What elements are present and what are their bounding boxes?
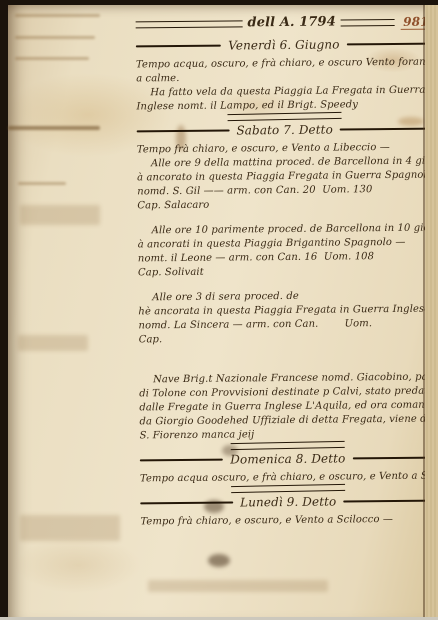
date-heading-label: Lunedì 9. Detto: [233, 494, 343, 509]
bleedthrough-line: [15, 36, 95, 39]
bleedthrough-line: [15, 14, 100, 17]
bleedthrough-text: [20, 515, 120, 541]
manuscript-page: dell A. 1794 981 Venerdì 6. Giugno Tempo…: [8, 5, 438, 620]
log-line: Ha fatto vela da questa Piaggia La Frega…: [136, 84, 432, 101]
book-page-edges: [425, 5, 438, 620]
heading-rule: [137, 129, 230, 132]
log-line: Cap. Solivait: [138, 264, 434, 281]
log-line: Tempo acqua oscuro, e frà chiaro, e oscu…: [140, 470, 436, 487]
date-heading-venerdi: Venerdì 6. Giugno: [136, 35, 432, 56]
header-rule-right: [341, 18, 395, 26]
date-heading-label: Venerdì 6. Giugno: [221, 37, 346, 52]
heading-rule: [140, 501, 233, 504]
heading-rule: [140, 458, 223, 461]
log-line: Tempo frà chiaro, e oscuro, e Vento a Sc…: [140, 513, 436, 530]
heading-rule: [340, 127, 433, 130]
bleedthrough-line: [15, 57, 89, 60]
log-line: S. Fiorenzo manca jeij: [140, 427, 436, 444]
header-rule-left: [136, 20, 243, 28]
photo-background: dell A. 1794 981 Venerdì 6. Giugno Tempo…: [0, 0, 438, 620]
log-line: Cap.: [139, 331, 435, 348]
year-heading: dell A. 1794: [242, 15, 340, 30]
page-header: dell A. 1794 981: [136, 10, 432, 37]
ink-smudge: [208, 554, 230, 567]
bleedthrough-line: [8, 126, 100, 130]
log-line: Cap. Salacaro: [137, 197, 433, 214]
heading-rule: [136, 44, 221, 47]
heading-rule: [347, 42, 432, 45]
log-paragraph: Alle ore 3 di sera proced. de hè ancorat…: [138, 289, 435, 348]
bleedthrough-text: [18, 335, 88, 351]
date-heading-label: Sabato 7. Detto: [229, 122, 340, 137]
log-line: à ancorati in questa Piaggia Brigantino …: [138, 236, 434, 253]
log-paragraph: Tempo acqua, oscuro, e frà chiaro, e osc…: [136, 56, 433, 115]
date-heading-domenica: Domenica 8. Detto: [140, 449, 436, 470]
log-line: Tempo acqua, oscuro, e frà chiaro, e osc…: [136, 56, 432, 73]
date-heading-sabato: Sabato 7. Detto: [137, 120, 433, 141]
log-line: Inglese nomt. il Lampo, ed il Brigt. Spe…: [136, 98, 432, 115]
bleedthrough-line: [18, 182, 66, 185]
log-paragraph: Nave Brig.t Nazionale Francese nomd. Gia…: [139, 371, 436, 444]
date-heading-lunedi: Lunedì 9. Detto: [140, 492, 436, 513]
manuscript-text: dell A. 1794 981 Venerdì 6. Giugno Tempo…: [136, 10, 437, 530]
date-heading-label: Domenica 8. Detto: [223, 451, 352, 466]
log-line: da Giorgio Goodehed Uffiziale di detta F…: [139, 413, 435, 430]
log-line: à ancorato in questa Piaggia Fregata in …: [137, 169, 433, 186]
bleedthrough-text: [148, 580, 328, 592]
log-paragraph: Alle ore 10 parimente proced. de Barcell…: [138, 222, 435, 281]
bleedthrough-text: [20, 205, 100, 225]
log-line: hè ancorata in questa Piaggia Fregata in…: [138, 303, 434, 320]
log-paragraph: Tempo frà chiaro, e oscuro, e Vento a Li…: [137, 141, 434, 214]
